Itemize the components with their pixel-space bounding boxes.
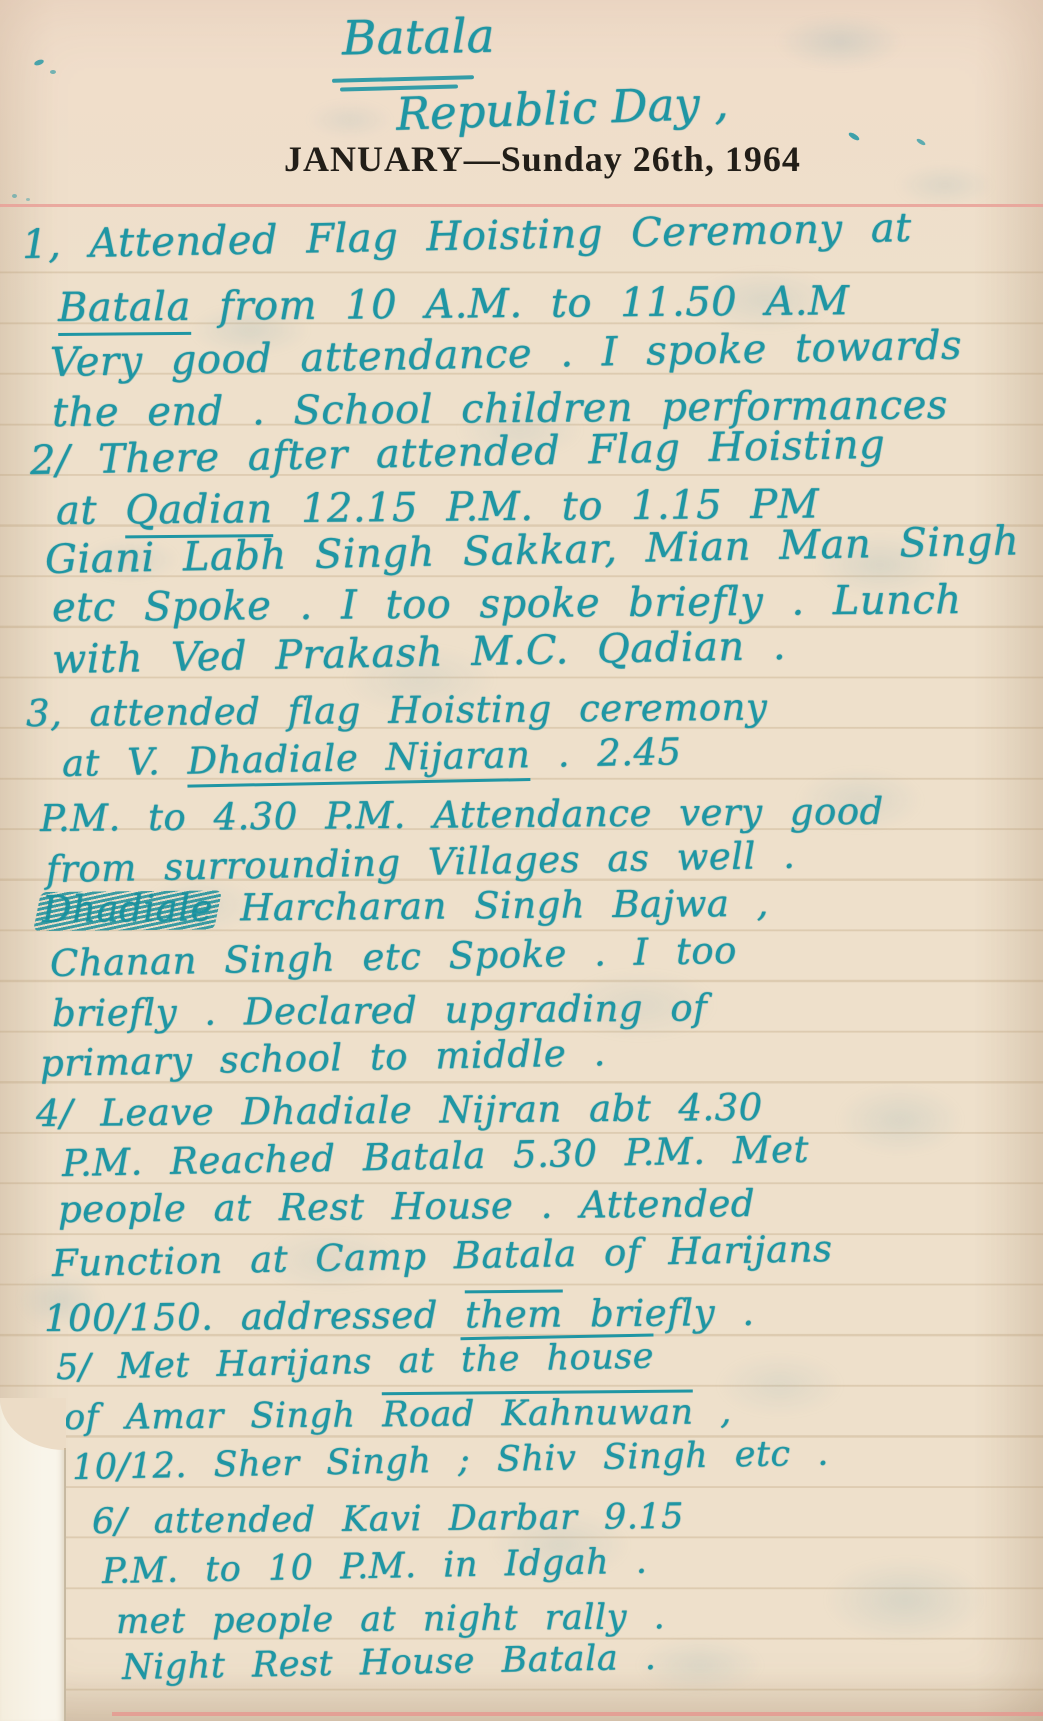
diary-text-segment: 100/150. addressed <box>44 1293 465 1340</box>
diary-text-segment: Dhadiale <box>42 887 213 931</box>
diary-text-segment: Road Kahnuwan <box>382 1390 694 1436</box>
diary-text-segment: met people at night rally . <box>116 1597 666 1642</box>
diary-text-segment: 5/ Met Harijans at <box>56 1340 462 1388</box>
ink-speck <box>33 58 44 66</box>
diary-text-segment: them <box>465 1289 563 1336</box>
handwritten-occasion: Republic Day , <box>395 76 729 141</box>
diary-text-segment: Dhadiale Nijaran <box>187 733 531 788</box>
diary-line: Dhadiale Harcharan Singh Bajwa , <box>42 882 769 931</box>
diary-text-segment: of Amar Singh <box>64 1395 382 1438</box>
diary-text-segment: P.M. to 4.30 P.M. Attendance very good <box>40 790 884 840</box>
diary-text-segment: at V. <box>62 740 188 785</box>
diary-text-segment: at <box>56 487 126 534</box>
diary-text-segment: etc Spoke . I too spoke briefly . Lunch <box>52 577 962 631</box>
ink-speck <box>26 198 30 201</box>
diary-text-segment: briefly . Declared upgrading of <box>52 986 708 1035</box>
diary-page-scan: Batala Republic Day , JANUARY—Sunday 26t… <box>0 0 1043 1721</box>
diary-line: of Amar Singh Road Kahnuwan , <box>64 1392 732 1438</box>
handwritten-place-title: Batala <box>342 9 495 67</box>
printed-date-heading: JANUARY—Sunday 26th, 1964 <box>284 138 801 180</box>
diary-line: met people at night rally . <box>116 1597 666 1642</box>
diary-text-segment: Harcharan Singh Bajwa , <box>213 882 769 930</box>
diary-line: P.M. to 4.30 P.M. Attendance very good <box>40 790 884 840</box>
diary-text-segment: Batala <box>58 284 191 336</box>
diary-text-segment: the house <box>461 1334 655 1381</box>
ink-speck <box>916 138 927 147</box>
cut-corner-edge <box>64 1448 66 1721</box>
diary-line: 6/ attended Kavi Darbar 9.15 <box>92 1497 684 1542</box>
diary-text-segment: 4/ Leave Dhadiale Nijran abt 4.30 <box>36 1086 763 1135</box>
diary-text-segment: 3, attended flag Hoisting ceremony <box>26 686 768 735</box>
ink-speck <box>848 131 861 142</box>
diary-line: briefly . Declared upgrading of <box>52 986 708 1035</box>
ink-speck <box>12 194 17 198</box>
diary-text-segment: . 2.45 <box>530 730 682 776</box>
next-page-edge-line <box>112 1712 1043 1716</box>
diary-text-segment: from 10 A.M. to 11.50 A.M <box>191 278 850 330</box>
diary-line: etc Spoke . I too spoke briefly . Lunch <box>52 577 962 631</box>
diary-line: Batala from 10 A.M. to 11.50 A.M <box>58 278 850 331</box>
diary-line: 4/ Leave Dhadiale Nijran abt 4.30 <box>36 1086 763 1135</box>
diary-text-segment: Qadian <box>125 486 273 538</box>
ink-speck <box>50 70 56 74</box>
diary-text-segment: people at Rest House . Attended <box>58 1182 755 1231</box>
diary-text-segment: 6/ attended Kavi Darbar 9.15 <box>92 1497 684 1542</box>
diary-line: people at Rest House . Attended <box>58 1182 755 1231</box>
diary-text-segment: briefly . <box>563 1291 755 1336</box>
diary-text-segment: , <box>693 1392 732 1432</box>
place-underline <box>332 75 474 83</box>
diary-line: 3, attended flag Hoisting ceremony <box>26 686 768 735</box>
